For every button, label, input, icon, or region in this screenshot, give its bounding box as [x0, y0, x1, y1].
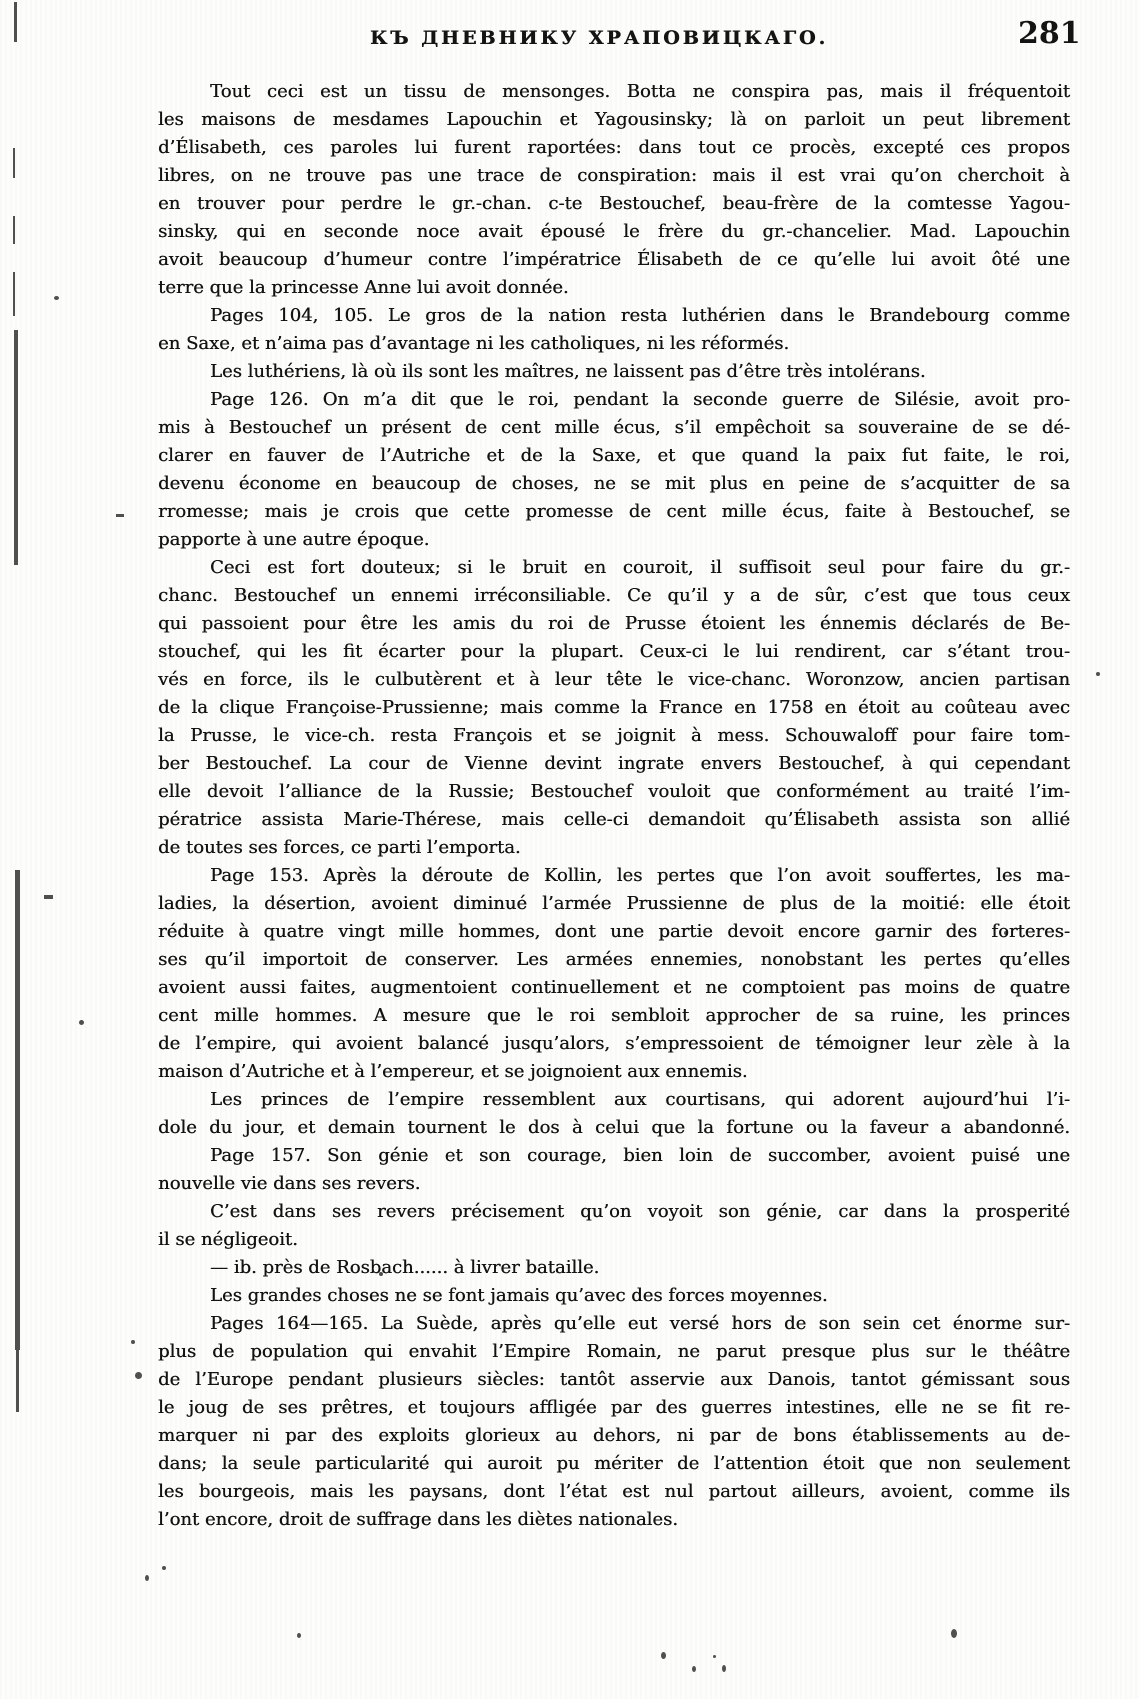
text-line: l’ont encore, droit de suffrage dans les…	[158, 1506, 1070, 1534]
text-line: de la clique Françoise-Prussienne; mais …	[158, 694, 1070, 722]
ink-dot	[135, 1372, 142, 1379]
ink-dot	[661, 1652, 666, 1659]
text-line: Ceci est fort douteux; si le bruit en co…	[158, 554, 1070, 582]
text-line: avoient aussi faites, augmentoient conti…	[158, 974, 1070, 1002]
text-line: Les princes de l’empire ressemblent aux …	[158, 1086, 1070, 1114]
ink-dot	[692, 1666, 696, 1672]
text-line: dole du jour, et demain tournent le dos …	[158, 1114, 1070, 1142]
text-line: réduite à quatre vingt mille hommes, don…	[158, 918, 1070, 946]
text-line: ber Bestouchef. La cour de Vienne devint…	[158, 750, 1070, 778]
running-header-title: КЪ ДНЕВНИКУ ХРАПОВИЦКАГО.	[370, 27, 770, 49]
margin-line	[14, 2, 17, 42]
text-line: — ib. près de Rosbach...... à livrer bat…	[158, 1254, 1070, 1282]
ink-dot	[713, 1655, 716, 1658]
ink-dot	[145, 1575, 149, 1581]
text-line: clarer en fauver de l’Autriche et de la …	[158, 442, 1070, 470]
margin-line	[16, 1350, 19, 1412]
ink-dot	[722, 1665, 726, 1672]
text-line: d’Élisabeth, ces paroles lui furent rapo…	[158, 134, 1070, 162]
text-line: libres, on ne trouve pas une trace de co…	[158, 162, 1070, 190]
text-line: qui passoient pour être les amis du roi …	[158, 610, 1070, 638]
text-line: les bourgeois, mais les paysans, dont l’…	[158, 1478, 1070, 1506]
text-line: devenu économe en beaucoup de choses, ne…	[158, 470, 1070, 498]
ink-dot	[951, 1629, 957, 1638]
text-line: la Prusse, le vice-ch. resta François et…	[158, 722, 1070, 750]
text-line: Page 153. Après la déroute de Kollin, le…	[158, 862, 1070, 890]
text-line: le joug de ses prêtres, et toujours affl…	[158, 1394, 1070, 1422]
text-line: Tout ceci est un tissu de mensonges. Bot…	[158, 78, 1070, 106]
text-line: de l’Europe pendant plusieurs siècles: t…	[158, 1366, 1070, 1394]
ink-dash	[44, 895, 53, 899]
text-line: de toutes ses forces, ce parti l’emporta…	[158, 834, 1070, 862]
text-line: plus de population qui envahit l’Empire …	[158, 1338, 1070, 1366]
margin-line	[13, 148, 15, 178]
ink-dot	[79, 1020, 84, 1025]
text-line: terre que la princesse Anne lui avoit do…	[158, 274, 1070, 302]
ink-dot	[131, 1340, 135, 1344]
text-line: Les grandes choses ne se font jamais qu’…	[158, 1282, 1070, 1310]
text-line: les maisons de mesdames Lapouchin et Yag…	[158, 106, 1070, 134]
text-line: cent mille hommes. A mesure que le roi s…	[158, 1002, 1070, 1030]
ink-dot	[379, 1272, 383, 1276]
page-number: 281	[1018, 16, 1081, 51]
text-line: stouchef, qui les fit écarter pour la pl…	[158, 638, 1070, 666]
text-line: C’est dans ses revers précisement qu’on …	[158, 1198, 1070, 1226]
text-line: il se négligeoit.	[158, 1226, 1070, 1254]
text-line: mis à Bestouchef un présent de cent mill…	[158, 414, 1070, 442]
ink-tick	[116, 514, 124, 517]
text-line: sinsky, qui en seconde noce avait épousé…	[158, 218, 1070, 246]
text-line: pératrice assista Marie-Thérese, mais ce…	[158, 806, 1070, 834]
text-line: Page 157. Son génie et son courage, bien…	[158, 1142, 1070, 1170]
margin-line	[13, 272, 15, 316]
ink-dot	[162, 1566, 166, 1570]
margin-line	[15, 870, 20, 1350]
ink-dot	[1096, 672, 1100, 676]
ink-dot	[54, 296, 59, 300]
text-line: Page 126. On m’a dit que le roi, pendant…	[158, 386, 1070, 414]
text-line: avoit beaucoup d’humeur contre l’impérat…	[158, 246, 1070, 274]
margin-line	[13, 216, 15, 244]
text-line: elle devoit l’alliance de la Russie; Bes…	[158, 778, 1070, 806]
text-line: nouvelle vie dans ses revers.	[158, 1170, 1070, 1198]
text-line: en trouver pour perdre le gr.-chan. c-te…	[158, 190, 1070, 218]
text-line: chanc. Bestouchef un ennemi irréconsilia…	[158, 582, 1070, 610]
text-line: en Saxe, et n’aima pas d’avantage ni les…	[158, 330, 1070, 358]
text-line: Pages 164—165. La Suède, après qu’elle e…	[158, 1310, 1070, 1338]
text-line: marquer ni par des exploits glorieux au …	[158, 1422, 1070, 1450]
page-text: Tout ceci est un tissu de mensonges. Bot…	[158, 78, 1070, 1534]
text-line: Les luthériens, là où ils sont les maîtr…	[158, 358, 1070, 386]
text-line: ladies, la désertion, avoient diminué l’…	[158, 890, 1070, 918]
text-line: de l’empire, qui avoient balancé jusqu’a…	[158, 1030, 1070, 1058]
ink-dot	[1004, 931, 1008, 935]
scanned-book-page: КЪ ДНЕВНИКУ ХРАПОВИЦКАГО. 281 Tout ceci …	[0, 0, 1140, 1699]
text-line: rromesse; mais je crois que cette promes…	[158, 498, 1070, 526]
text-line: Pages 104, 105. Le gros de la nation res…	[158, 302, 1070, 330]
text-line: vés en force, ils le culbutèrent et à le…	[158, 666, 1070, 694]
text-line: ses qu’il importoit de conserver. Les ar…	[158, 946, 1070, 974]
text-line: dans; la seule particularité qui auroit …	[158, 1450, 1070, 1478]
text-line: maison d’Autriche et à l’empereur, et se…	[158, 1058, 1070, 1086]
ink-dot	[297, 1633, 301, 1638]
text-line: papporte à une autre époque.	[158, 526, 1070, 554]
margin-line	[14, 330, 18, 565]
